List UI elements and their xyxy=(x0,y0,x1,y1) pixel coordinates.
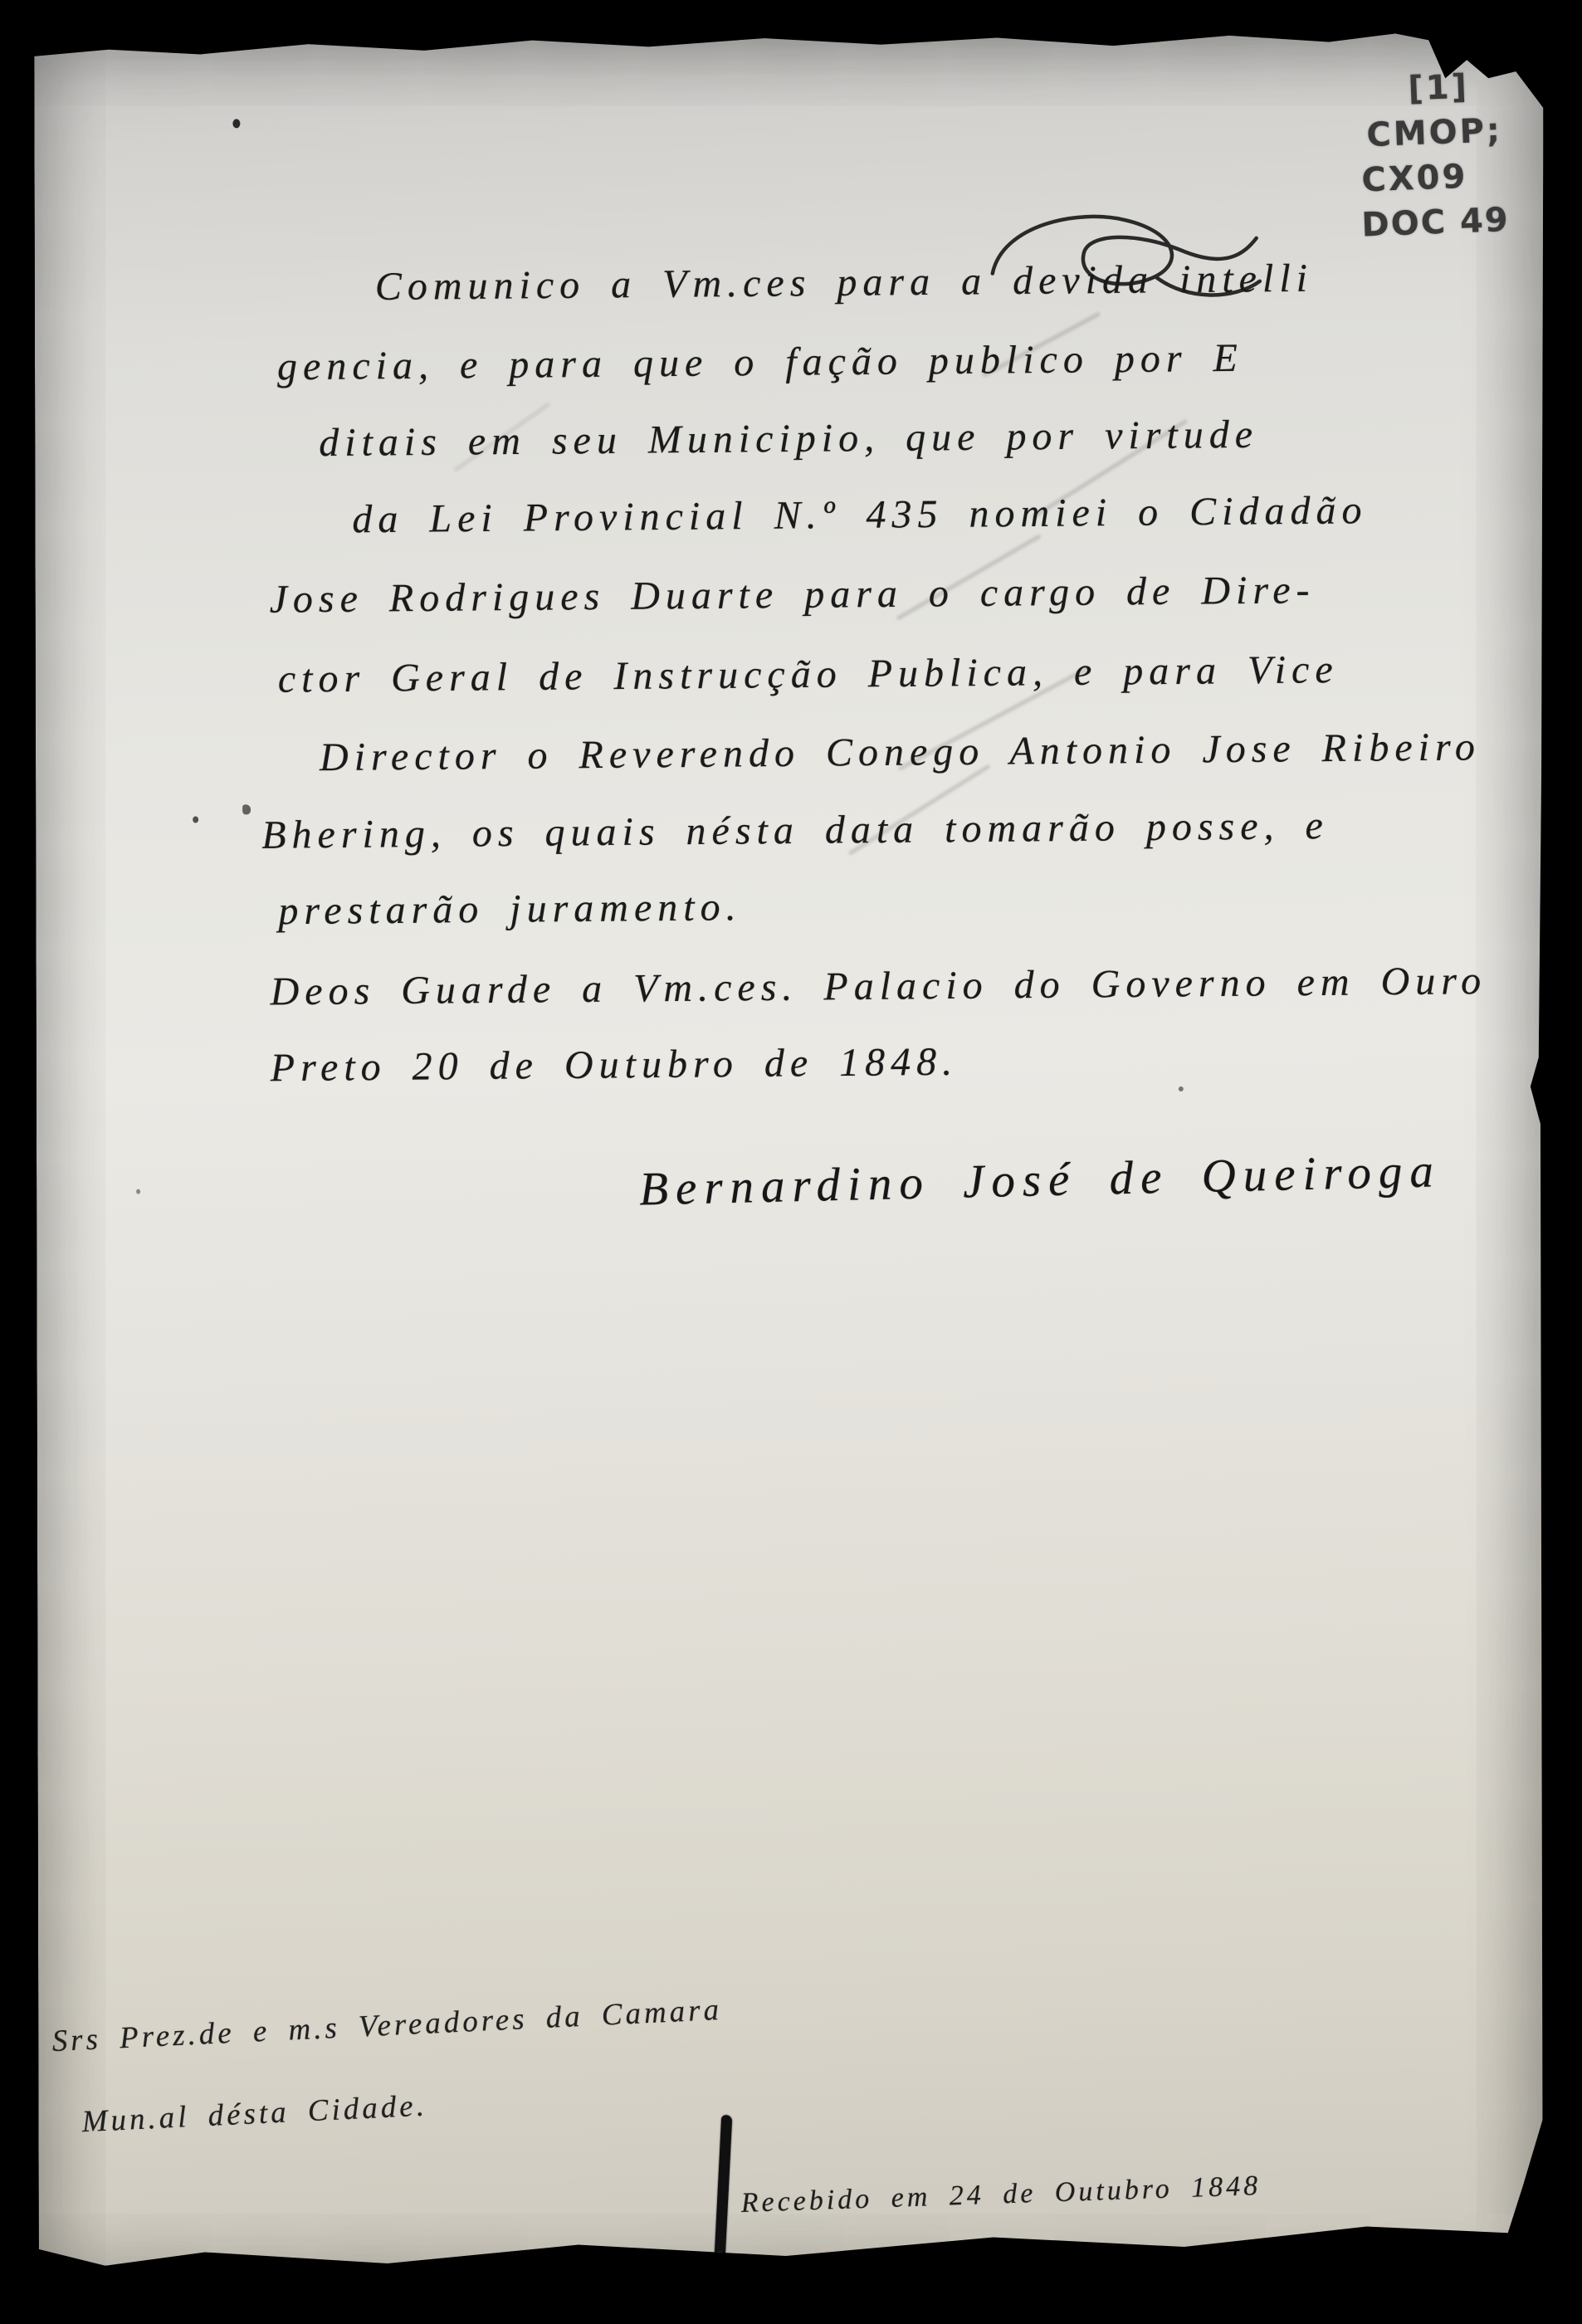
letter-line: da Lei Provincial N.º 435 nomiei o Cidad… xyxy=(352,486,1368,544)
letter-line: Comunico a Vm.ces para a devida intelli xyxy=(375,255,1314,311)
letter-line: ctor Geral de Instrucção Publica, e para… xyxy=(278,646,1339,703)
paper-fleck xyxy=(242,804,251,814)
letter-line: Director o Reverendo Conego Antonio Jose… xyxy=(320,723,1481,781)
paper-fleck xyxy=(193,816,198,823)
letter-line: Jose Rodrigues Duarte para o cargo de Di… xyxy=(269,566,1315,623)
letter-line: Bhering, os quais nésta data tomarão pos… xyxy=(261,802,1329,859)
paper-fleck xyxy=(232,119,240,128)
letter-line: gencia, e para que o fação publico por E xyxy=(277,334,1243,391)
signature: Bernardino José de Queiroga xyxy=(638,1144,1441,1216)
paper-fleck xyxy=(136,1189,140,1194)
archival-fund-code: CMOP; xyxy=(1366,106,1550,158)
scanned-document-page: [1] CMOP; CX09 DOC 49 Comunico a Vm.ces … xyxy=(0,0,1582,2324)
archival-box-code: CX09 xyxy=(1361,151,1552,203)
addressee-line: Mun.al désta Cidade. xyxy=(81,2087,428,2140)
manuscript-paper-sheet: [1] CMOP; CX09 DOC 49 Comunico a Vm.ces … xyxy=(34,28,1548,2281)
addressee-line: Srs Prez.de e m.s Vereadores da Camara xyxy=(51,1992,723,2059)
letter-line: prestarão juramento. xyxy=(278,883,742,935)
received-note: Recebido em 24 de Outubro 1848 xyxy=(740,2170,1262,2219)
archival-doc-code: DOC 49 xyxy=(1361,196,1554,247)
letter-line: ditais em seu Municipio, que por virtude xyxy=(319,411,1258,467)
letter-line: Deos Guarde a Vm.ces. Palacio do Governo… xyxy=(270,957,1487,1016)
letter-line: Preto 20 de Outubro de 1848. xyxy=(271,1038,959,1092)
archival-doc-number: [1] xyxy=(1408,61,1549,111)
ink-stroke-mark xyxy=(714,2115,732,2269)
archival-annotation-block: [1] CMOP; CX09 DOC 49 xyxy=(1356,61,1554,247)
paper-fleck xyxy=(1179,1086,1184,1091)
